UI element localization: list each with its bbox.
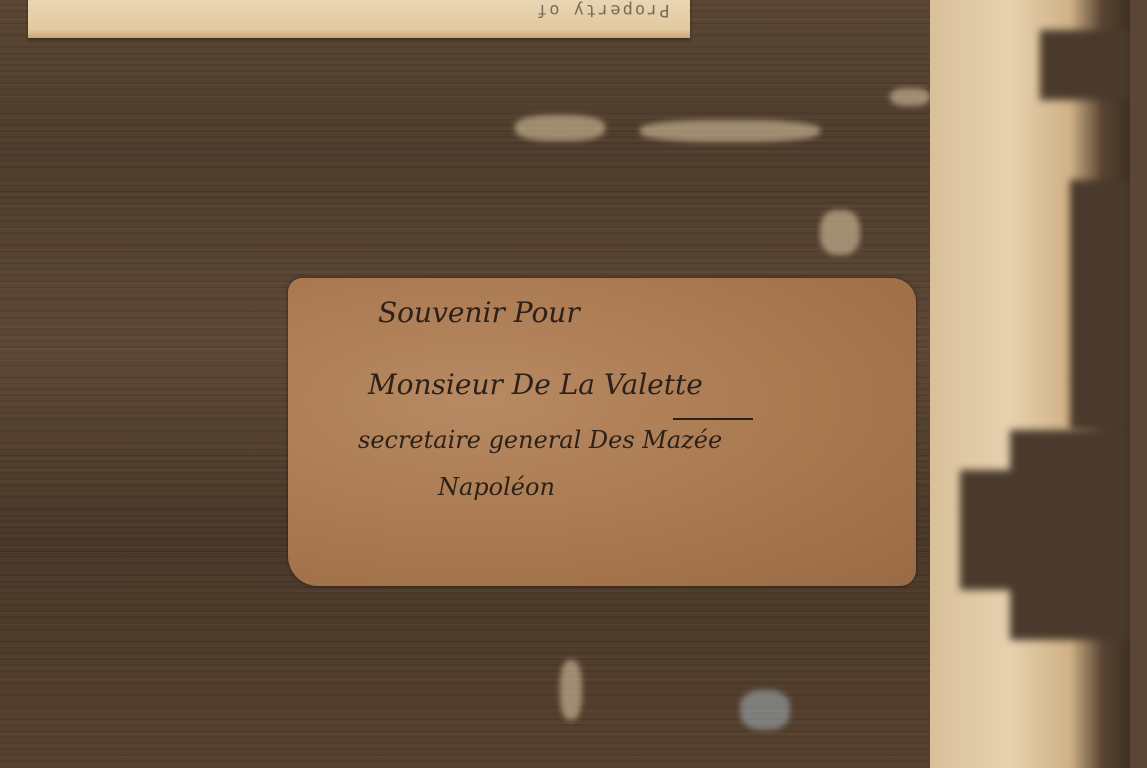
panel-edge (1130, 0, 1147, 768)
wood-scuff (515, 115, 605, 141)
wood-scuff (740, 690, 790, 730)
note-line-4: Napoléon (438, 473, 555, 501)
property-of-label: Property of (28, 0, 690, 38)
wood-scuff (890, 88, 930, 106)
property-of-text: Property of (535, 0, 670, 20)
wood-scuff (820, 210, 860, 255)
wood-scuff (640, 120, 820, 142)
stained-paper-strip (930, 0, 1130, 768)
note-line-3: secretaire general Des Mazée (358, 426, 722, 454)
note-line-2: Monsieur De La Valette (368, 368, 703, 401)
paper-stain (1040, 30, 1130, 100)
handwritten-note: Souvenir Pour Monsieur De La Valette sec… (288, 278, 916, 586)
paper-stain (1070, 180, 1130, 430)
note-line-1: Souvenir Pour (378, 296, 580, 329)
wood-scuff (560, 660, 582, 720)
paper-stain (960, 470, 1060, 590)
underline-stroke (673, 418, 753, 420)
